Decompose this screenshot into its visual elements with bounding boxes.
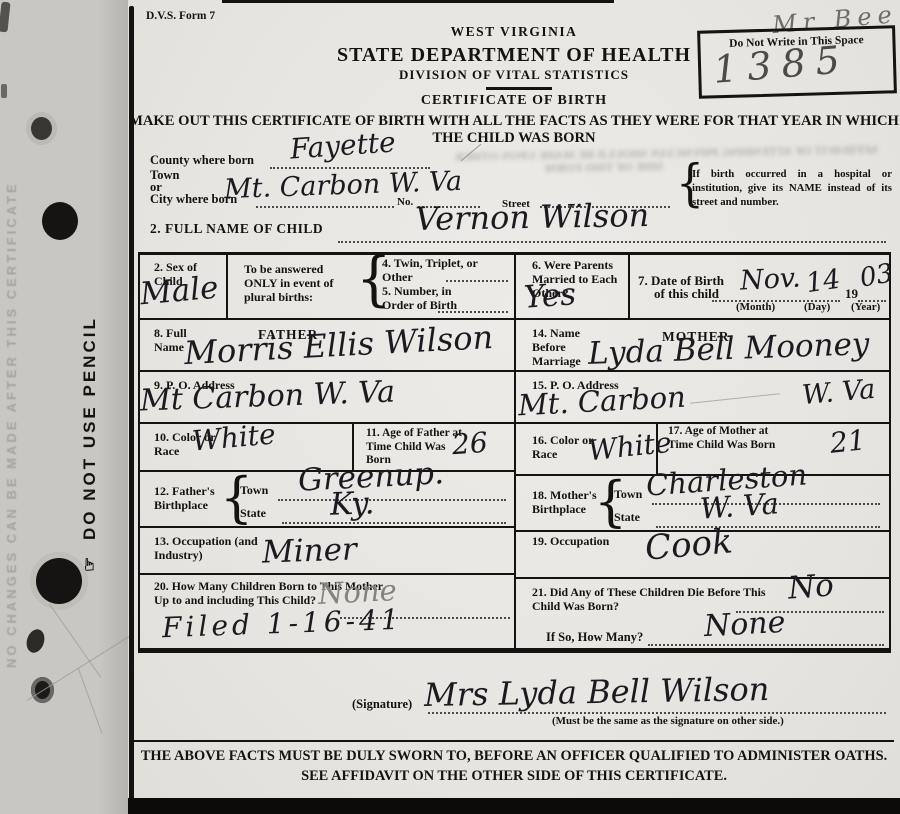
table-center-divider bbox=[514, 252, 516, 650]
full-name-of-child-label: 2. FULL NAME OF CHILD bbox=[150, 221, 323, 237]
table-border-right bbox=[889, 252, 891, 652]
street-no-label: No. bbox=[397, 196, 413, 209]
sex-value: Male bbox=[139, 273, 220, 311]
top-edge-line bbox=[222, 0, 614, 3]
pencil-warning-label: DO NOT USE PENCIL bbox=[80, 316, 99, 540]
city-value: Mt. Carbon W. Va bbox=[224, 168, 463, 203]
father-po-value: Mt Carbon W. Va bbox=[140, 378, 396, 417]
mother-occupation-value: Cook bbox=[644, 524, 734, 566]
corner-smudge bbox=[0, 2, 11, 33]
birth-year-value: 03 bbox=[858, 260, 895, 291]
pencil-scribble bbox=[49, 603, 101, 677]
table-border-left bbox=[138, 252, 140, 652]
father-town-label: Town bbox=[240, 483, 268, 497]
mother-occupation-label: 19. Occupation bbox=[532, 534, 609, 548]
filed-date-note: Filed 1-16-41 bbox=[162, 606, 404, 642]
mother-age-label: 17. Age of Mother at Time Child Was Born bbox=[668, 425, 780, 452]
form-number: D.V.S. Form 7 bbox=[146, 10, 215, 24]
row-line bbox=[514, 577, 891, 579]
if-so-value: None bbox=[703, 608, 786, 642]
punch-hole bbox=[42, 202, 78, 240]
margin-shadow-strip bbox=[98, 0, 128, 814]
county-value: Fayette bbox=[289, 128, 396, 163]
hospital-note: If birth occurred in a hospital or insti… bbox=[692, 167, 892, 209]
do-not-use-pencil-warning: ☞ DO NOT USE PENCIL bbox=[80, 242, 100, 572]
signature-label: (Signature) bbox=[352, 697, 412, 712]
punch-hole bbox=[24, 627, 48, 655]
father-town-dotted bbox=[278, 498, 506, 501]
mother-po-value-town: Mt. Carbon bbox=[517, 383, 686, 421]
sworn-statement-line1: THE ABOVE FACTS MUST BE DULY SWORN TO, B… bbox=[128, 748, 900, 765]
date-of-birth-label2: of this child bbox=[654, 286, 719, 301]
father-state-label: State bbox=[240, 506, 266, 520]
father-occupation-label: 13. Occupation (and Industry) bbox=[154, 534, 274, 562]
child-name-dotted-line bbox=[338, 240, 886, 243]
if-so-dotted bbox=[648, 643, 884, 646]
father-state-dotted bbox=[282, 521, 506, 524]
cell-divider bbox=[226, 252, 228, 318]
year-caption: (Year) bbox=[851, 301, 880, 314]
mother-po-value-state: W. Va bbox=[801, 376, 876, 409]
child-name-value: Vernon Wilson bbox=[415, 199, 650, 235]
instruction-line1: MAKE OUT THIS CERTIFICATE OF BIRTH WITH … bbox=[128, 113, 900, 130]
mother-race-value: White bbox=[587, 429, 673, 466]
do-not-write-box: Do Not Write in This Space 1385 bbox=[697, 25, 897, 99]
signature-note: (Must be the same as the signature on ot… bbox=[552, 715, 784, 728]
margin-stamp-text: NO CHANGES CAN BE MADE AFTER THIS CERTIF… bbox=[4, 128, 19, 668]
row-line bbox=[138, 526, 516, 528]
mother-state-label: State bbox=[614, 510, 640, 524]
order-dotted-line bbox=[438, 310, 508, 313]
year-prefix: 19 bbox=[845, 286, 858, 301]
birth-order-label: 5. Number, in Order of Birth bbox=[382, 284, 482, 312]
pointing-hand-icon: ☞ bbox=[80, 555, 99, 572]
mother-birth-state-value: W. Va bbox=[699, 489, 780, 523]
father-age-value: 26 bbox=[451, 429, 489, 459]
plural-births-note: To be answered ONLY in event of plural b… bbox=[244, 262, 356, 304]
bottom-scan-bar bbox=[128, 798, 900, 814]
title-divider bbox=[486, 87, 552, 90]
mother-age-value: 21 bbox=[829, 426, 867, 458]
county-where-born-label: County where born bbox=[150, 153, 254, 168]
footer-top-rule bbox=[132, 740, 894, 742]
children-died-value: No bbox=[787, 570, 835, 604]
sworn-statement-line2: SEE AFFIDAVIT ON THE OTHER SIDE OF THIS … bbox=[128, 768, 900, 785]
punch-hole bbox=[31, 117, 52, 140]
corner-smudge bbox=[1, 84, 7, 98]
if-so-how-many-label: If So, How Many? bbox=[546, 630, 643, 645]
signature-value: Mrs Lyda Bell Wilson bbox=[424, 673, 770, 711]
twin-dotted-line bbox=[446, 279, 508, 282]
birth-day-value: 14 bbox=[804, 266, 842, 298]
punch-hole bbox=[36, 558, 82, 604]
father-birth-state-value: Ky. bbox=[329, 488, 374, 521]
ink-bleed-ghost-text: SIDE OF THIS FORM bbox=[545, 159, 664, 176]
scanned-birth-certificate: NO CHANGES CAN BE MADE AFTER THIS CERTIF… bbox=[0, 0, 900, 814]
row-line bbox=[138, 370, 891, 372]
birth-month-value: Nov. bbox=[739, 264, 801, 294]
row-line bbox=[138, 318, 891, 320]
month-caption: (Month) bbox=[736, 301, 775, 314]
row-line bbox=[138, 573, 516, 575]
father-race-value: White bbox=[191, 420, 277, 455]
day-caption: (Day) bbox=[804, 301, 830, 314]
city-dotted-line bbox=[256, 205, 394, 208]
certificate-number: 1385 bbox=[712, 40, 851, 89]
parents-married-value: Yes bbox=[523, 279, 577, 314]
mother-town-label: Town bbox=[614, 487, 642, 501]
father-occupation-value: Miner bbox=[261, 534, 357, 568]
